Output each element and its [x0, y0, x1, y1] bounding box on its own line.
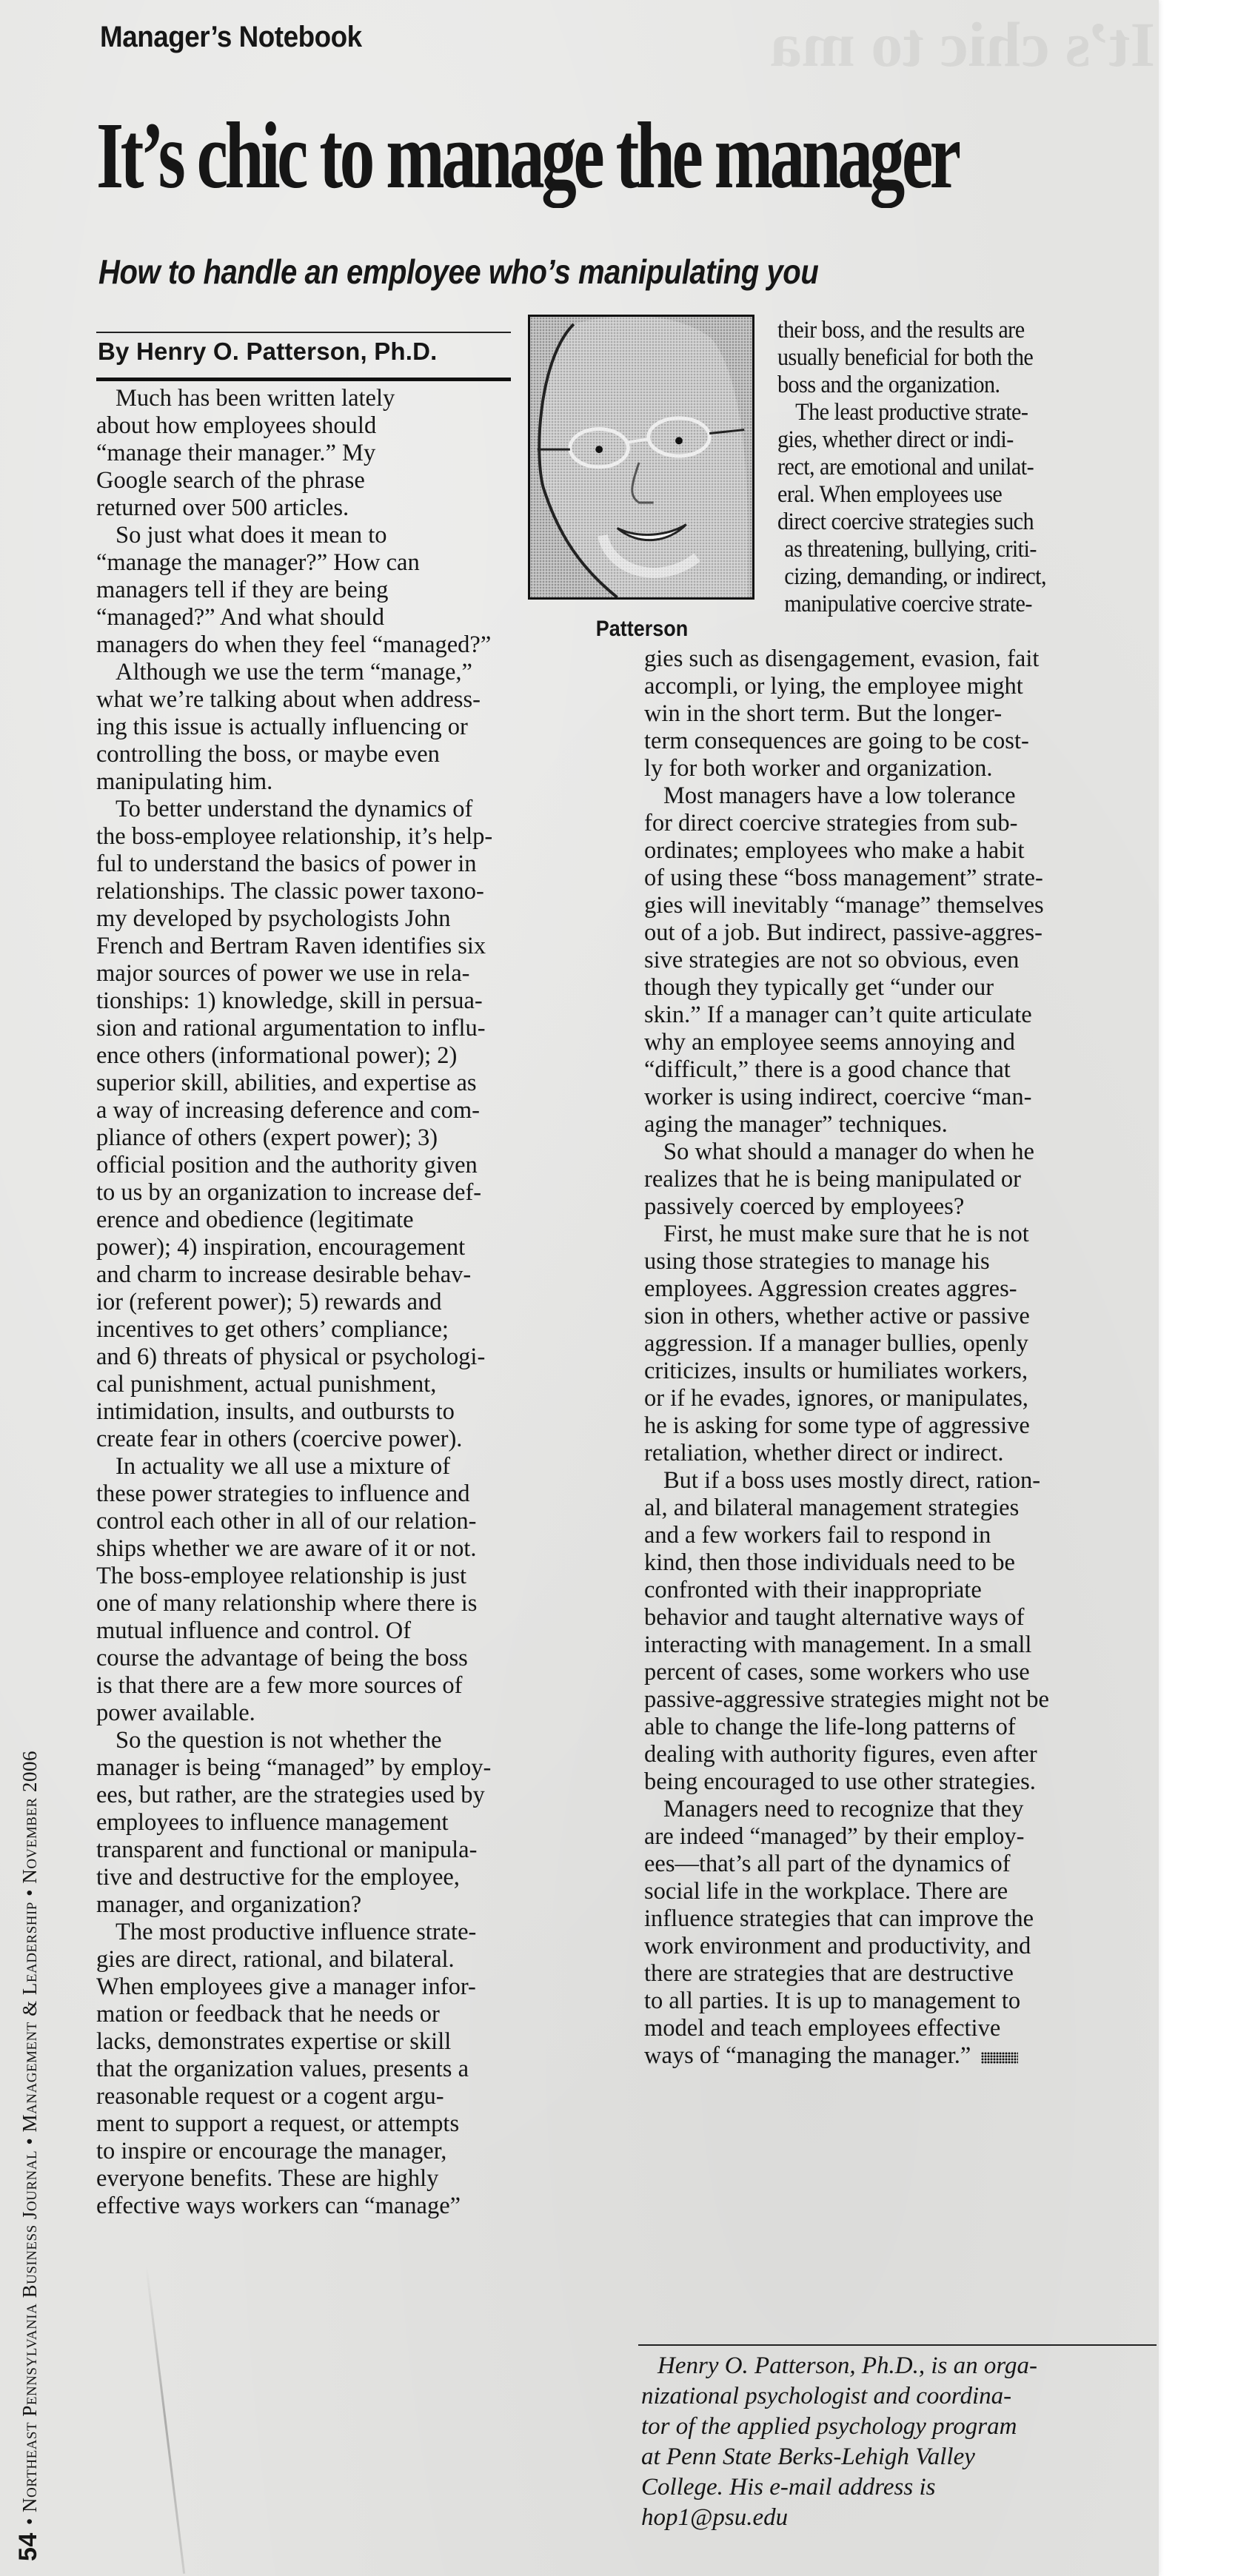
text-line: manager is being “managed” by employ- [96, 1754, 618, 1782]
text-line: The most productive influence strate- [96, 1919, 618, 1946]
text-line: and charm to increase desirable behav- [96, 1261, 618, 1289]
text-line: French and Bertram Raven identifies six [96, 933, 618, 960]
text-line: kind, then those individuals need to be [644, 1549, 1159, 1577]
bio-divider [638, 2344, 1157, 2346]
text-line: passive-aggressive strategies might not … [644, 1686, 1159, 1714]
text-line: accompli, or lying, the employee might [644, 673, 1159, 700]
text-line: But if a boss uses mostly direct, ration… [644, 1467, 1159, 1495]
text-line: power); 4) inspiration, encouragement [96, 1234, 618, 1261]
text-line: everyone benefits. These are highly [96, 2165, 618, 2193]
text-line: he is asking for some type of aggressive [644, 1412, 1159, 1440]
article-column-left: Much has been written latelyabout how em… [96, 385, 618, 2220]
text-line: out of a job. But indirect, passive-aggr… [644, 919, 1159, 947]
text-line: Henry O. Patterson, Ph.D., is an orga- [641, 2351, 1156, 2381]
text-line: these power strategies to influence and [96, 1480, 618, 1508]
text-line: ior (referent power); 5) rewards and [96, 1289, 618, 1316]
text-line: ees—that’s all part of the dynamics of [644, 1851, 1159, 1878]
text-line: one of many relationship where there is [96, 1590, 618, 1617]
text-line: or if he evades, ignores, or manipulates… [644, 1385, 1159, 1412]
text-line: a way of increasing deference and com- [96, 1097, 618, 1124]
text-line: tor of the applied psychology program [641, 2412, 1156, 2442]
text-line: First, he must make sure that he is not [644, 1221, 1159, 1248]
text-line: “manage the manager?” How can [96, 549, 618, 577]
text-line: though they typically get “under our [644, 974, 1159, 1002]
text-line: aging the manager” techniques. [644, 1111, 1159, 1138]
text-line: reasonable request or a cogent argu- [96, 2083, 618, 2110]
page-number: 54 [14, 2532, 42, 2561]
text-line: ment to support a request, or attempts [96, 2110, 618, 2138]
text-line: about how employees should [96, 412, 618, 440]
text-line: ees, but rather, are the strategies used… [96, 1782, 618, 1809]
text-line: ing this issue is actually influencing o… [96, 714, 618, 741]
author-bio: Henry O. Patterson, Ph.D., is an orga-ni… [641, 2351, 1156, 2533]
newspaper-page: It’s chic to manage the manager Manager’… [0, 0, 1159, 2576]
paper-crease [145, 2265, 185, 2574]
text-line: returned over 500 articles. [96, 494, 618, 522]
text-line: being encouraged to use other strategies… [644, 1768, 1159, 1796]
text-line: percent of cases, some workers who use [644, 1659, 1159, 1686]
text-line: their boss, and the results are [777, 317, 1128, 344]
text-line: sion and rational argumentation to influ… [96, 1015, 618, 1042]
text-line: “difficult,” there is a good chance that [644, 1056, 1159, 1084]
text-line: “manage their manager.” My [96, 440, 618, 467]
text-line: realizes that he is being manipulated or [644, 1166, 1159, 1193]
text-line: So the question is not whether the [96, 1727, 618, 1754]
text-line: major sources of power we use in rela- [96, 960, 618, 987]
text-line: ly for both worker and organization. [644, 755, 1159, 782]
text-line: ence others (informational power); 2) [96, 1042, 618, 1070]
text-line: ships whether we are aware of it or not. [96, 1535, 618, 1563]
text-line: ful to understand the basics of power in [96, 851, 618, 878]
text-line: official position and the authority give… [96, 1152, 618, 1179]
text-line: To better understand the dynamics of [96, 796, 618, 823]
text-line: cizing, demanding, or indirect, [777, 563, 1128, 591]
text-line: al, and bilateral management strategies [644, 1495, 1159, 1522]
text-line: social life in the workplace. There are [644, 1878, 1159, 1905]
text-line: sive strategies are not so obvious, even [644, 947, 1159, 974]
text-line: cal punishment, actual punishment, [96, 1371, 618, 1398]
text-line: erence and obedience (legitimate [96, 1207, 618, 1234]
text-line: create fear in others (coercive power). [96, 1426, 618, 1453]
text-line: pliance of others (expert power); 3) [96, 1124, 618, 1152]
text-line: managers tell if they are being [96, 577, 618, 604]
text-line: controlling the boss, or maybe even [96, 741, 618, 768]
text-line: employees. Aggression creates aggres- [644, 1275, 1159, 1303]
text-line: gies, whether direct or indi- [777, 426, 1128, 454]
text-line: nizational psychologist and coordina- [641, 2381, 1156, 2412]
text-line: Although we use the term “manage,” [96, 659, 618, 686]
text-line: incentives to get others’ compliance; [96, 1316, 618, 1344]
text-line: able to change the life-long patterns of [644, 1714, 1159, 1741]
text-line: Google search of the phrase [96, 467, 618, 494]
text-line: model and teach employees effective [644, 2015, 1159, 2042]
section-label: Manager’s Notebook [100, 21, 362, 54]
text-line: retaliation, whether direct or indirect. [644, 1440, 1159, 1467]
text-line: term consequences are going to be cost- [644, 728, 1159, 755]
text-line: eral. When employees use [777, 481, 1128, 509]
text-line: control each other in all of our relatio… [96, 1508, 618, 1535]
subheadline: How to handle an employee who’s manipula… [98, 252, 818, 292]
text-line: as threatening, bullying, criti- [777, 536, 1128, 563]
text-line: manager, and organization? [96, 1891, 618, 1919]
text-line: skin.” If a manager can’t quite articula… [644, 1002, 1159, 1029]
text-line: “managed?” And what should [96, 604, 618, 631]
text-line: course the advantage of being the boss [96, 1645, 618, 1672]
text-line: there are strategies that are destructiv… [644, 1960, 1159, 1988]
text-line: worker is using indirect, coercive “man- [644, 1084, 1159, 1111]
text-line: are indeed “managed” by their employ- [644, 1823, 1159, 1851]
byline: By Henry O. Patterson, Ph.D. [98, 338, 438, 366]
text-line: is that there are a few more sources of [96, 1672, 618, 1700]
text-line: influence strategies that can improve th… [644, 1905, 1159, 1933]
text-line: my developed by psychologists John [96, 905, 618, 933]
text-line: at Penn State Berks-Lehigh Valley [641, 2442, 1156, 2472]
text-line: power available. [96, 1700, 618, 1727]
text-line: tive and destructive for the employee, [96, 1864, 618, 1891]
text-line: In actuality we all use a mixture of [96, 1453, 618, 1480]
text-line: for direct coercive strategies from sub- [644, 810, 1159, 837]
text-line: sion in others, whether active or passiv… [644, 1303, 1159, 1330]
text-line: work environment and productivity, and [644, 1933, 1159, 1960]
text-line: mation or feedback that he needs or [96, 2001, 618, 2028]
text-line: When employees give a manager infor- [96, 1973, 618, 2001]
text-line: to inspire or encourage the manager, [96, 2138, 618, 2165]
text-line: confronted with their inappropriate [644, 1577, 1159, 1604]
text-line: mutual influence and control. Of [96, 1617, 618, 1645]
text-line: Most managers have a low tolerance [644, 782, 1159, 810]
text-line: transparent and functional or manipula- [96, 1837, 618, 1864]
text-line: So just what does it mean to [96, 522, 618, 549]
text-line: boss and the organization. [777, 372, 1128, 399]
text-line: and a few workers fail to respond in [644, 1522, 1159, 1549]
text-line: ways of “managing the manager.” [644, 2042, 1159, 2070]
text-line: hop1@psu.edu [641, 2503, 1156, 2533]
text-line: tionships: 1) knowledge, skill in persua… [96, 987, 618, 1015]
bleed-through-text: It’s chic to manage the manager [770, 7, 1155, 74]
text-line: gies are direct, rational, and bilateral… [96, 1946, 618, 1973]
text-line: gies such as disengagement, evasion, fai… [644, 645, 1159, 673]
text-line: ordinates; employees who make a habit [644, 837, 1159, 865]
text-line: win in the short term. But the longer- [644, 700, 1159, 728]
text-line: College. His e-mail address is [641, 2472, 1156, 2503]
text-line: usually beneficial for both the [777, 344, 1128, 372]
text-line: intimidation, insults, and outbursts to [96, 1398, 618, 1426]
text-line: employees to influence management [96, 1809, 618, 1837]
text-line: behavior and taught alternative ways of [644, 1604, 1159, 1631]
text-line: criticizes, insults or humiliates worker… [644, 1358, 1159, 1385]
text-line: Managers need to recognize that they [644, 1796, 1159, 1823]
text-line: The least productive strate- [777, 399, 1128, 426]
text-line: aggression. If a manager bullies, openly [644, 1330, 1159, 1358]
text-line: relationships. The classic power taxono- [96, 878, 618, 905]
text-line: to all parties. It is up to management t… [644, 1988, 1159, 2015]
text-line: So what should a manager do when he [644, 1138, 1159, 1166]
text-line: and 6) threats of physical or psychologi… [96, 1344, 618, 1371]
text-line: lacks, demonstrates expertise or skill [96, 2028, 618, 2056]
text-line: effective ways workers can “manage” [96, 2193, 618, 2220]
byline-box: By Henry O. Patterson, Ph.D. [96, 332, 511, 381]
publication-line: • Northeast Pennsylvania Business Journa… [19, 1751, 41, 2525]
text-line: gies will inevitably “manage” themselves [644, 892, 1159, 919]
text-line: that the organization values, presents a [96, 2056, 618, 2083]
text-line: why an employee seems annoying and [644, 1029, 1159, 1056]
text-line: managers do when they feel “managed?” [96, 631, 618, 659]
text-line: Much has been written lately [96, 385, 618, 412]
text-line: direct coercive strategies such [777, 509, 1128, 536]
article-column-right-bottom: gies such as disengagement, evasion, fai… [644, 645, 1159, 2070]
page-folio: 54• Northeast Pennsylvania Business Jour… [13, 1540, 43, 2561]
text-line: rect, are emotional and unilat- [777, 454, 1128, 481]
headline: It’s chic to manage the manager [96, 104, 891, 207]
text-line: manipulative coercive strate- [777, 591, 1128, 618]
end-of-article-icon [981, 2052, 1018, 2064]
text-line: The boss-employee relationship is just [96, 1563, 618, 1590]
text-line: dealing with authority figures, even aft… [644, 1741, 1159, 1768]
text-line: of using these “boss management” strate- [644, 865, 1159, 892]
text-line: what we’re talking about when address- [96, 686, 618, 714]
text-line: to us by an organization to increase def… [96, 1179, 618, 1207]
text-line: manipulating him. [96, 768, 618, 796]
text-line: interacting with management. In a small [644, 1631, 1159, 1659]
text-line: superior skill, abilities, and expertise… [96, 1070, 618, 1097]
article-column-right-top: their boss, and the results areusually b… [777, 317, 1155, 618]
text-line: passively coerced by employees? [644, 1193, 1159, 1221]
text-line: using those strategies to manage his [644, 1248, 1159, 1275]
text-line: the boss-employee relationship, it’s hel… [96, 823, 618, 851]
